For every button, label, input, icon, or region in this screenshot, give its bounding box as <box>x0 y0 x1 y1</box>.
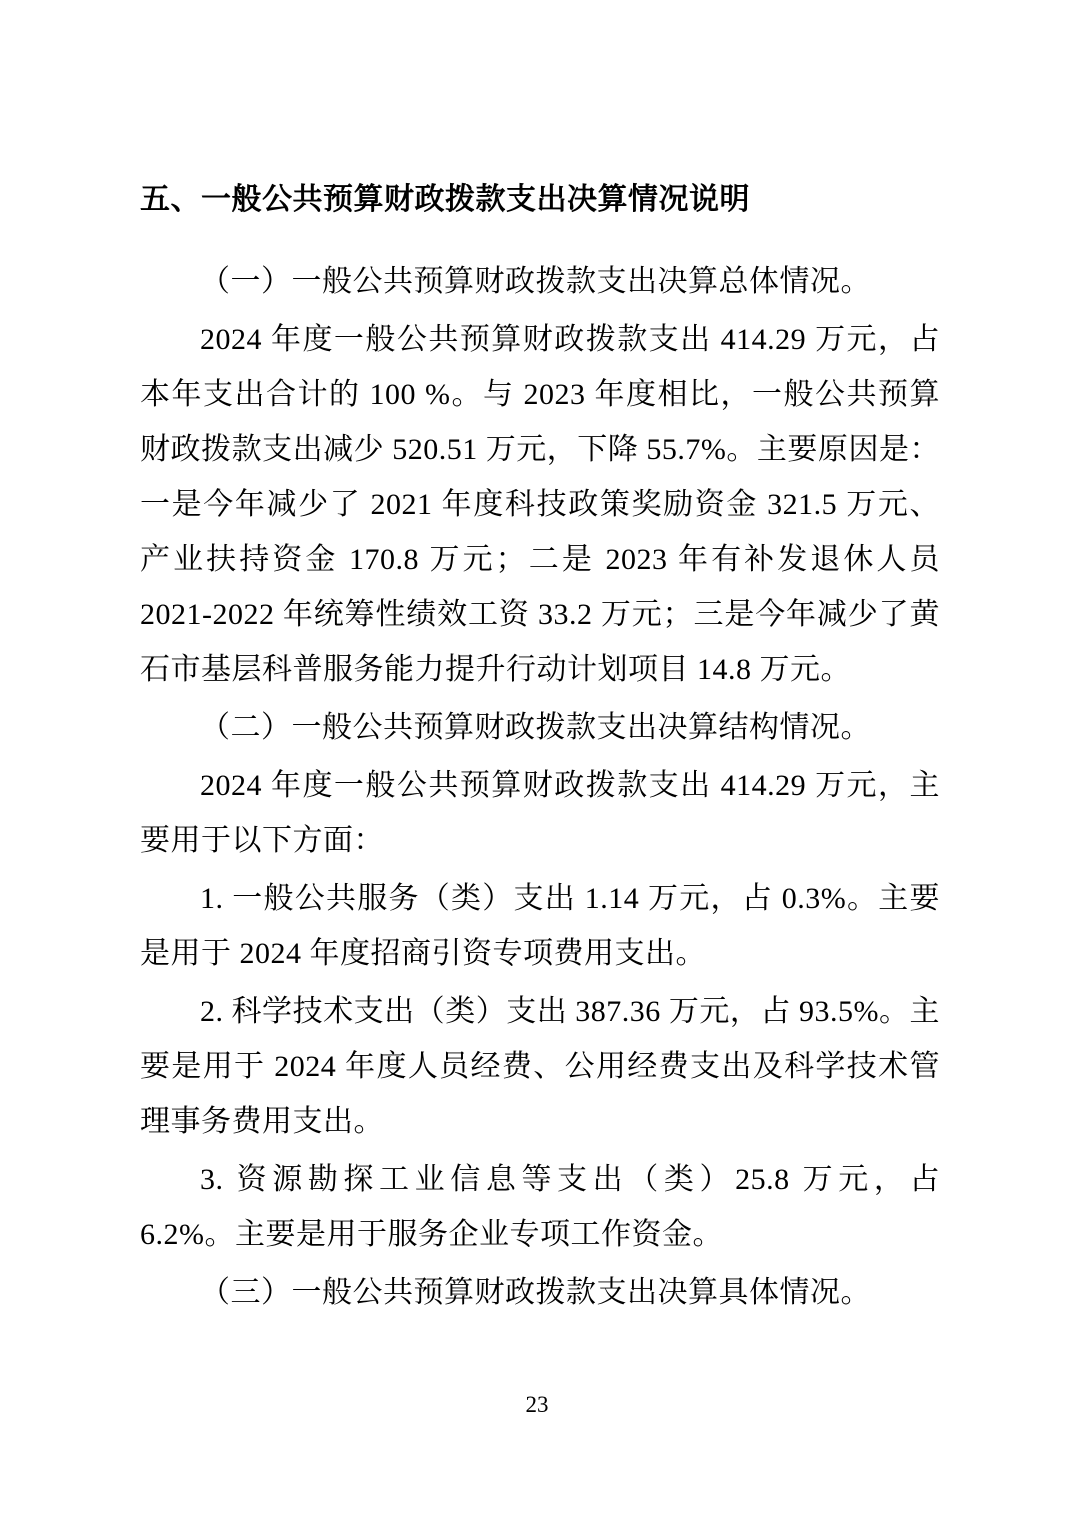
document-page: 五、一般公共预算财政拨款支出决算情况说明 （一）一般公共预算财政拨款支出决算总体… <box>0 0 1074 1520</box>
section-heading: 五、一般公共预算财政拨款支出决算情况说明 <box>140 172 940 227</box>
paragraph-subsection-3-title: （三）一般公共预算财政拨款支出决算具体情况。 <box>140 1265 940 1320</box>
paragraph-subsection-2-intro: 2024 年度一般公共预算财政拨款支出 414.29 万元，主要用于以下方面： <box>140 758 940 868</box>
page-number: 23 <box>0 1392 1074 1418</box>
paragraph-item-1-general-public-services: 1. 一般公共服务（类）支出 1.14 万元，占 0.3%。主要是用于 2024… <box>140 871 940 981</box>
paragraph-subsection-2-title: （二）一般公共预算财政拨款支出决算结构情况。 <box>140 700 940 755</box>
paragraph-item-2-science-technology: 2. 科学技术支出（类）支出 387.36 万元，占 93.5%。主要是用于 2… <box>140 984 940 1149</box>
paragraph-subsection-1-title: （一）一般公共预算财政拨款支出决算总体情况。 <box>140 254 940 309</box>
document-content: 五、一般公共预算财政拨款支出决算情况说明 （一）一般公共预算财政拨款支出决算总体… <box>140 172 940 1323</box>
paragraph-subsection-1-body: 2024 年度一般公共预算财政拨款支出 414.29 万元，占本年支出合计的 1… <box>140 312 940 697</box>
paragraph-item-3-resource-exploration: 3. 资源勘探工业信息等支出（类）25.8 万元，占 6.2%。主要是用于服务企… <box>140 1152 940 1262</box>
